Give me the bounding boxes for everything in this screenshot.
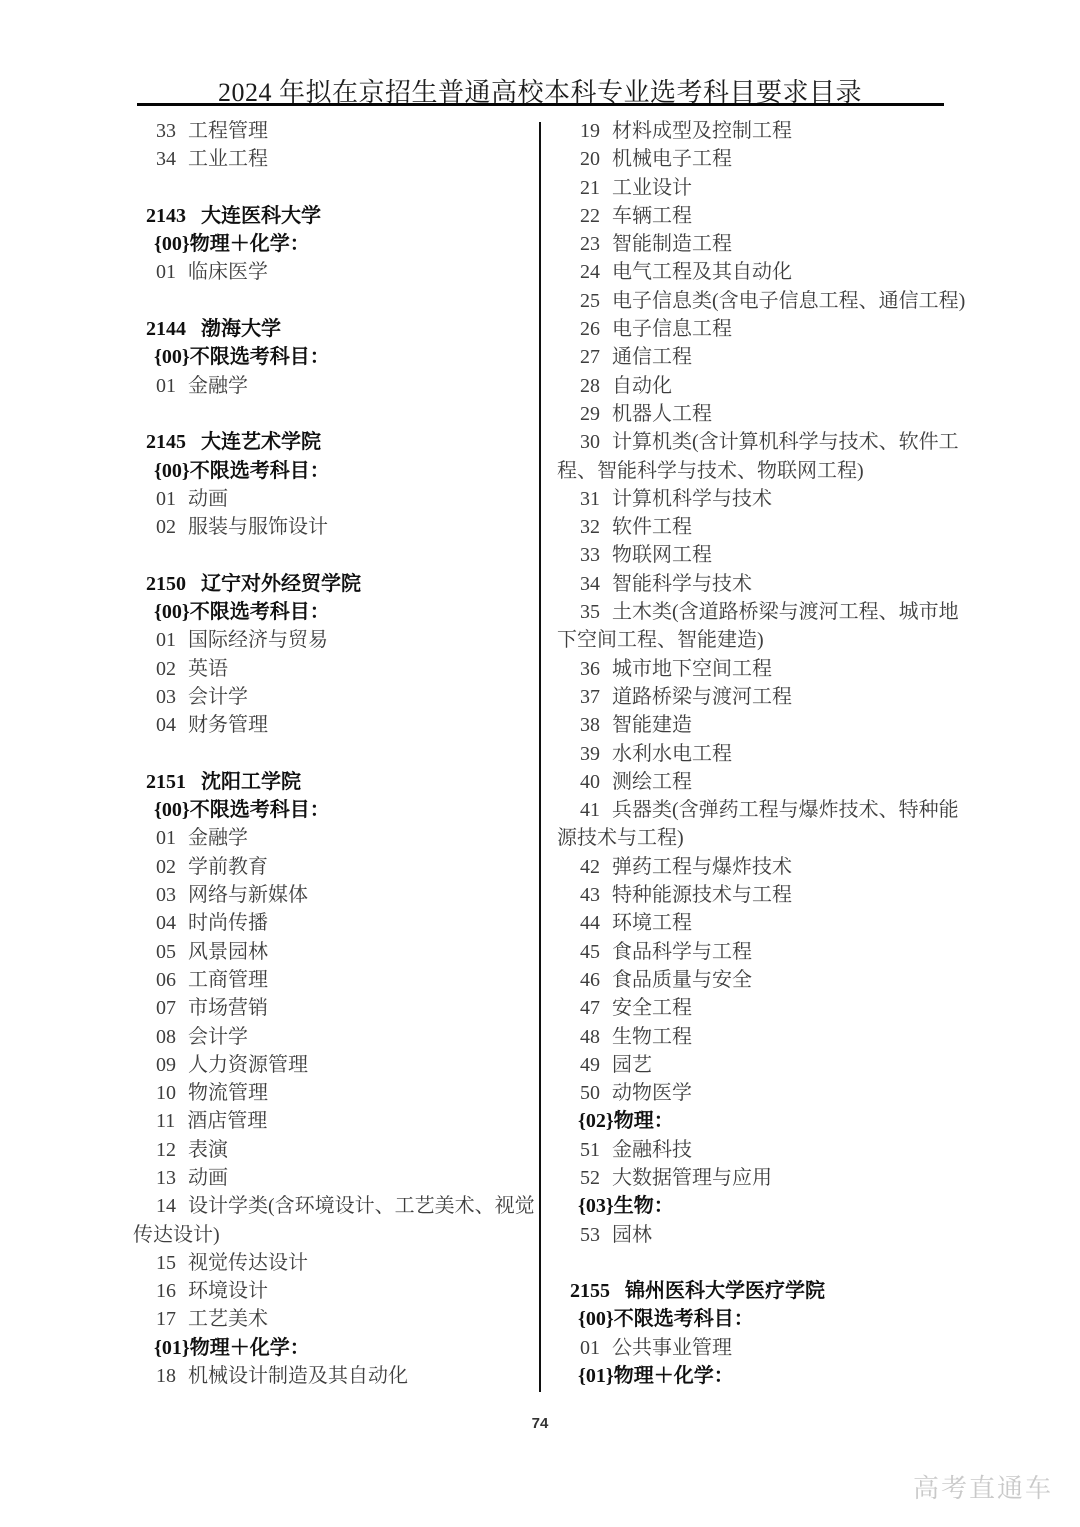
major-item-row: 05风景园林 [133, 938, 563, 966]
major-item-row: 06工商管理 [133, 966, 563, 994]
school-code: 2155 [570, 1280, 610, 1302]
major-number: 08 [156, 1026, 176, 1048]
major-name: 机械电子工程 [612, 148, 732, 170]
major-number: 01 [156, 827, 176, 849]
major-number: 04 [156, 912, 176, 934]
major-name: 土木类(含道路桥梁与渡河工程、城市地 下空间工程、智能建造) [557, 601, 959, 651]
major-number: 37 [580, 686, 600, 708]
subject-requirement-row: {01}物理＋化学： [133, 1334, 563, 1362]
major-item-row: 29机器人工程 [557, 400, 987, 428]
major-item-row: 22车辆工程 [557, 202, 987, 230]
major-number: 02 [156, 658, 176, 680]
major-name: 软件工程 [612, 516, 692, 538]
major-item-row: 41兵器类(含弹药工程与爆炸技术、特种能 源技术与工程) [557, 796, 987, 853]
major-item-row: 32软件工程 [557, 513, 987, 541]
major-number: 03 [156, 884, 176, 906]
major-item-row: 02服装与服饰设计 [133, 513, 563, 541]
major-number: 02 [156, 516, 176, 538]
column-right: 19材料成型及控制工程20机械电子工程21工业设计22车辆工程23智能制造工程2… [557, 117, 987, 1390]
major-name: 通信工程 [612, 346, 692, 368]
major-name: 表演 [188, 1139, 228, 1161]
school-header-row: 2143大连医科大学 [133, 202, 563, 230]
major-item-row: 11酒店管理 [133, 1107, 563, 1135]
major-number: 29 [580, 403, 600, 425]
subject-requirement-row: {00}不限选考科目： [133, 343, 563, 371]
major-number: 53 [580, 1224, 600, 1246]
major-name: 食品质量与安全 [612, 969, 752, 991]
major-number: 13 [156, 1167, 176, 1189]
school-header-row: 2145大连艺术学院 [133, 428, 563, 456]
major-number: 01 [156, 261, 176, 283]
major-name: 酒店管理 [187, 1110, 267, 1132]
major-number: 39 [580, 743, 600, 765]
major-item-row: 03网络与新媒体 [133, 881, 563, 909]
major-name: 工商管理 [188, 969, 268, 991]
major-number: 06 [156, 969, 176, 991]
major-name: 公共事业管理 [612, 1337, 732, 1359]
major-name: 国际经济与贸易 [188, 629, 328, 651]
gap-row [133, 287, 563, 315]
major-name: 学前教育 [188, 856, 268, 878]
header-rule [137, 103, 944, 106]
major-name: 人力资源管理 [188, 1054, 308, 1076]
major-item-row: 18机械设计制造及其自动化 [133, 1362, 563, 1390]
major-name: 动物医学 [612, 1082, 692, 1104]
major-number: 17 [156, 1308, 176, 1330]
major-name: 工程管理 [188, 120, 268, 142]
school-code: 2144 [146, 318, 186, 340]
major-number: 51 [580, 1139, 600, 1161]
gap-row [557, 1249, 987, 1277]
major-name: 特种能源技术与工程 [612, 884, 792, 906]
major-name: 智能制造工程 [612, 233, 732, 255]
major-item-row: 53园林 [557, 1221, 987, 1249]
major-name: 服装与服饰设计 [188, 516, 328, 538]
subject-requirement-row: {00}不限选考科目： [133, 796, 563, 824]
major-item-row: 12表演 [133, 1136, 563, 1164]
school-name: 锦州医科大学医疗学院 [625, 1280, 825, 1302]
major-name: 自动化 [612, 375, 672, 397]
major-name: 安全工程 [612, 997, 692, 1019]
major-item-row: 14设计学类(含环境设计、工艺美术、视觉 传达设计) [133, 1192, 563, 1249]
major-number: 43 [580, 884, 600, 906]
major-number: 49 [580, 1054, 600, 1076]
major-item-row: 07市场营销 [133, 994, 563, 1022]
major-item-row: 27通信工程 [557, 343, 987, 371]
major-item-row: 39水利水电工程 [557, 740, 987, 768]
major-number: 05 [156, 941, 176, 963]
major-name: 智能科学与技术 [612, 573, 752, 595]
major-item-row: 15视觉传达设计 [133, 1249, 563, 1277]
subject-requirement-label: {01}物理＋化学： [578, 1365, 734, 1387]
subject-requirement-label: {00}不限选考科目： [154, 799, 330, 821]
major-name: 财务管理 [188, 714, 268, 736]
major-number: 20 [580, 148, 600, 170]
major-number: 19 [580, 120, 600, 142]
major-number: 34 [580, 573, 600, 595]
major-name: 材料成型及控制工程 [612, 120, 792, 142]
gap-row [133, 740, 563, 768]
major-item-row: 09人力资源管理 [133, 1051, 563, 1079]
major-item-row: 44环境工程 [557, 909, 987, 937]
major-number: 33 [156, 120, 176, 142]
major-number: 16 [156, 1280, 176, 1302]
subject-requirement-row: {00}不限选考科目： [557, 1305, 987, 1333]
major-name: 动画 [188, 1167, 228, 1189]
major-number: 44 [580, 912, 600, 934]
major-item-row: 13动画 [133, 1164, 563, 1192]
major-item-row: 04财务管理 [133, 711, 563, 739]
subject-requirement-row: {00}物理＋化学： [133, 230, 563, 258]
major-name: 智能建造 [612, 714, 692, 736]
major-number: 40 [580, 771, 600, 793]
major-item-row: 02英语 [133, 655, 563, 683]
major-item-row: 46食品质量与安全 [557, 966, 987, 994]
major-name: 视觉传达设计 [188, 1252, 308, 1274]
major-item-row: 36城市地下空间工程 [557, 655, 987, 683]
major-item-row: 47安全工程 [557, 994, 987, 1022]
major-name: 车辆工程 [612, 205, 692, 227]
subject-requirement-label: {02}物理： [578, 1110, 674, 1132]
school-header-row: 2155锦州医科大学医疗学院 [557, 1277, 987, 1305]
major-number: 45 [580, 941, 600, 963]
major-name: 风景园林 [188, 941, 268, 963]
major-number: 01 [580, 1337, 600, 1359]
major-item-row: 02学前教育 [133, 853, 563, 881]
major-name: 弹药工程与爆炸技术 [612, 856, 792, 878]
major-number: 21 [580, 177, 600, 199]
major-number: 15 [156, 1252, 176, 1274]
major-item-row: 23智能制造工程 [557, 230, 987, 258]
major-item-row: 48生物工程 [557, 1023, 987, 1051]
major-item-row: 38智能建造 [557, 711, 987, 739]
major-number: 35 [580, 601, 600, 623]
major-item-row: 52大数据管理与应用 [557, 1164, 987, 1192]
major-name: 物联网工程 [612, 544, 712, 566]
major-name: 生物工程 [612, 1026, 692, 1048]
watermark: 高考直通车 [913, 1468, 1053, 1505]
subject-requirement-label: {03}生物： [578, 1195, 674, 1217]
major-item-row: 28自动化 [557, 372, 987, 400]
major-name: 物流管理 [188, 1082, 268, 1104]
major-name: 电气工程及其自动化 [612, 261, 792, 283]
school-header-row: 2151沈阳工学院 [133, 768, 563, 796]
subject-requirement-label: {01}物理＋化学： [154, 1337, 310, 1359]
major-number: 10 [156, 1082, 176, 1104]
major-number: 27 [580, 346, 600, 368]
major-name: 工艺美术 [188, 1308, 268, 1330]
major-number: 04 [156, 714, 176, 736]
major-number: 30 [580, 431, 600, 453]
page-number: 74 [0, 1415, 1080, 1432]
major-name: 计算机科学与技术 [612, 488, 772, 510]
major-number: 01 [156, 629, 176, 651]
major-item-row: 50动物医学 [557, 1079, 987, 1107]
major-number: 47 [580, 997, 600, 1019]
major-number: 22 [580, 205, 600, 227]
major-item-row: 33工程管理 [133, 117, 563, 145]
major-number: 09 [156, 1054, 176, 1076]
major-name: 电子信息类(含电子信息工程、通信工程) [612, 290, 965, 312]
major-item-row: 43特种能源技术与工程 [557, 881, 987, 909]
subject-requirement-label: {00}不限选考科目： [154, 346, 330, 368]
major-number: 18 [156, 1365, 176, 1387]
major-item-row: 01公共事业管理 [557, 1334, 987, 1362]
major-item-row: 42弹药工程与爆炸技术 [557, 853, 987, 881]
major-item-row: 21工业设计 [557, 174, 987, 202]
subject-requirement-label: {00}不限选考科目： [154, 460, 330, 482]
major-number: 24 [580, 261, 600, 283]
major-item-row: 16环境设计 [133, 1277, 563, 1305]
major-number: 38 [580, 714, 600, 736]
major-item-row: 40测绘工程 [557, 768, 987, 796]
major-name: 金融科技 [612, 1139, 692, 1161]
major-number: 11 [156, 1110, 175, 1132]
school-code: 2143 [146, 205, 186, 227]
school-name: 大连医科大学 [201, 205, 321, 227]
major-number: 36 [580, 658, 600, 680]
major-name: 会计学 [188, 1026, 248, 1048]
major-number: 50 [580, 1082, 600, 1104]
major-item-row: 33物联网工程 [557, 541, 987, 569]
major-name: 金融学 [188, 375, 248, 397]
major-name: 电子信息工程 [612, 318, 732, 340]
subject-requirement-row: {00}不限选考科目： [133, 598, 563, 626]
major-number: 02 [156, 856, 176, 878]
major-number: 07 [156, 997, 176, 1019]
column-left: 33工程管理34工业工程2143大连医科大学{00}物理＋化学：01临床医学21… [133, 117, 563, 1390]
major-item-row: 10物流管理 [133, 1079, 563, 1107]
major-name: 英语 [188, 658, 228, 680]
major-name: 环境工程 [612, 912, 692, 934]
major-item-row: 01临床医学 [133, 258, 563, 286]
major-item-row: 26电子信息工程 [557, 315, 987, 343]
subject-requirement-row: {03}生物： [557, 1192, 987, 1220]
major-item-row: 31计算机科学与技术 [557, 485, 987, 513]
major-name: 食品科学与工程 [612, 941, 752, 963]
major-name: 网络与新媒体 [188, 884, 308, 906]
major-number: 32 [580, 516, 600, 538]
major-item-row: 25电子信息类(含电子信息工程、通信工程) [557, 287, 987, 315]
major-item-row: 30计算机类(含计算机科学与技术、软件工 程、智能科学与技术、物联网工程) [557, 428, 987, 485]
school-code: 2151 [146, 771, 186, 793]
school-code: 2150 [146, 573, 186, 595]
major-item-row: 34工业工程 [133, 145, 563, 173]
major-item-row: 03会计学 [133, 683, 563, 711]
subject-requirement-label: {00}不限选考科目： [578, 1308, 754, 1330]
major-name: 机器人工程 [612, 403, 712, 425]
subject-requirement-row: {00}不限选考科目： [133, 457, 563, 485]
major-number: 03 [156, 686, 176, 708]
major-number: 41 [580, 799, 600, 821]
major-item-row: 08会计学 [133, 1023, 563, 1051]
major-name: 测绘工程 [612, 771, 692, 793]
major-name: 水利水电工程 [612, 743, 732, 765]
major-number: 33 [580, 544, 600, 566]
major-item-row: 01金融学 [133, 824, 563, 852]
major-name: 城市地下空间工程 [612, 658, 772, 680]
school-name: 沈阳工学院 [201, 771, 301, 793]
major-number: 14 [156, 1195, 176, 1217]
gap-row [133, 174, 563, 202]
gap-row [133, 400, 563, 428]
major-name: 工业设计 [612, 177, 692, 199]
major-name: 计算机类(含计算机科学与技术、软件工 程、智能科学与技术、物联网工程) [557, 431, 959, 481]
major-name: 道路桥梁与渡河工程 [612, 686, 792, 708]
major-item-row: 01国际经济与贸易 [133, 626, 563, 654]
major-name: 市场营销 [188, 997, 268, 1019]
major-number: 12 [156, 1139, 176, 1161]
school-name: 辽宁对外经贸学院 [201, 573, 361, 595]
major-number: 48 [580, 1026, 600, 1048]
subject-requirement-row: {01}物理＋化学： [557, 1362, 987, 1390]
major-item-row: 24电气工程及其自动化 [557, 258, 987, 286]
major-item-row: 17工艺美术 [133, 1305, 563, 1333]
school-code: 2145 [146, 431, 186, 453]
major-name: 机械设计制造及其自动化 [188, 1365, 408, 1387]
major-name: 金融学 [188, 827, 248, 849]
major-number: 28 [580, 375, 600, 397]
major-number: 34 [156, 148, 176, 170]
major-number: 26 [580, 318, 600, 340]
major-item-row: 45食品科学与工程 [557, 938, 987, 966]
major-name: 临床医学 [188, 261, 268, 283]
subject-requirement-row: {02}物理： [557, 1107, 987, 1135]
major-number: 01 [156, 375, 176, 397]
major-item-row: 19材料成型及控制工程 [557, 117, 987, 145]
subject-requirement-label: {00}物理＋化学： [154, 233, 310, 255]
major-item-row: 34智能科学与技术 [557, 570, 987, 598]
major-item-row: 37道路桥梁与渡河工程 [557, 683, 987, 711]
major-item-row: 51金融科技 [557, 1136, 987, 1164]
major-number: 23 [580, 233, 600, 255]
major-name: 动画 [188, 488, 228, 510]
major-item-row: 01动画 [133, 485, 563, 513]
school-name: 大连艺术学院 [201, 431, 321, 453]
major-item-row: 49园艺 [557, 1051, 987, 1079]
major-name: 兵器类(含弹药工程与爆炸技术、特种能 源技术与工程) [557, 799, 959, 849]
major-name: 大数据管理与应用 [612, 1167, 772, 1189]
school-name: 渤海大学 [201, 318, 281, 340]
major-item-row: 04时尚传播 [133, 909, 563, 937]
major-name: 设计学类(含环境设计、工艺美术、视觉 传达设计) [133, 1195, 535, 1245]
major-name: 园艺 [612, 1054, 652, 1076]
major-name: 园林 [612, 1224, 652, 1246]
major-number: 01 [156, 488, 176, 510]
major-name: 环境设计 [188, 1280, 268, 1302]
major-item-row: 20机械电子工程 [557, 145, 987, 173]
major-name: 工业工程 [188, 148, 268, 170]
major-name: 会计学 [188, 686, 248, 708]
major-item-row: 01金融学 [133, 372, 563, 400]
school-header-row: 2144渤海大学 [133, 315, 563, 343]
gap-row [133, 541, 563, 569]
major-number: 31 [580, 488, 600, 510]
major-name: 时尚传播 [188, 912, 268, 934]
major-number: 46 [580, 969, 600, 991]
major-number: 52 [580, 1167, 600, 1189]
subject-requirement-label: {00}不限选考科目： [154, 601, 330, 623]
major-item-row: 35土木类(含道路桥梁与渡河工程、城市地 下空间工程、智能建造) [557, 598, 987, 655]
major-number: 42 [580, 856, 600, 878]
major-number: 25 [580, 290, 600, 312]
school-header-row: 2150辽宁对外经贸学院 [133, 570, 563, 598]
